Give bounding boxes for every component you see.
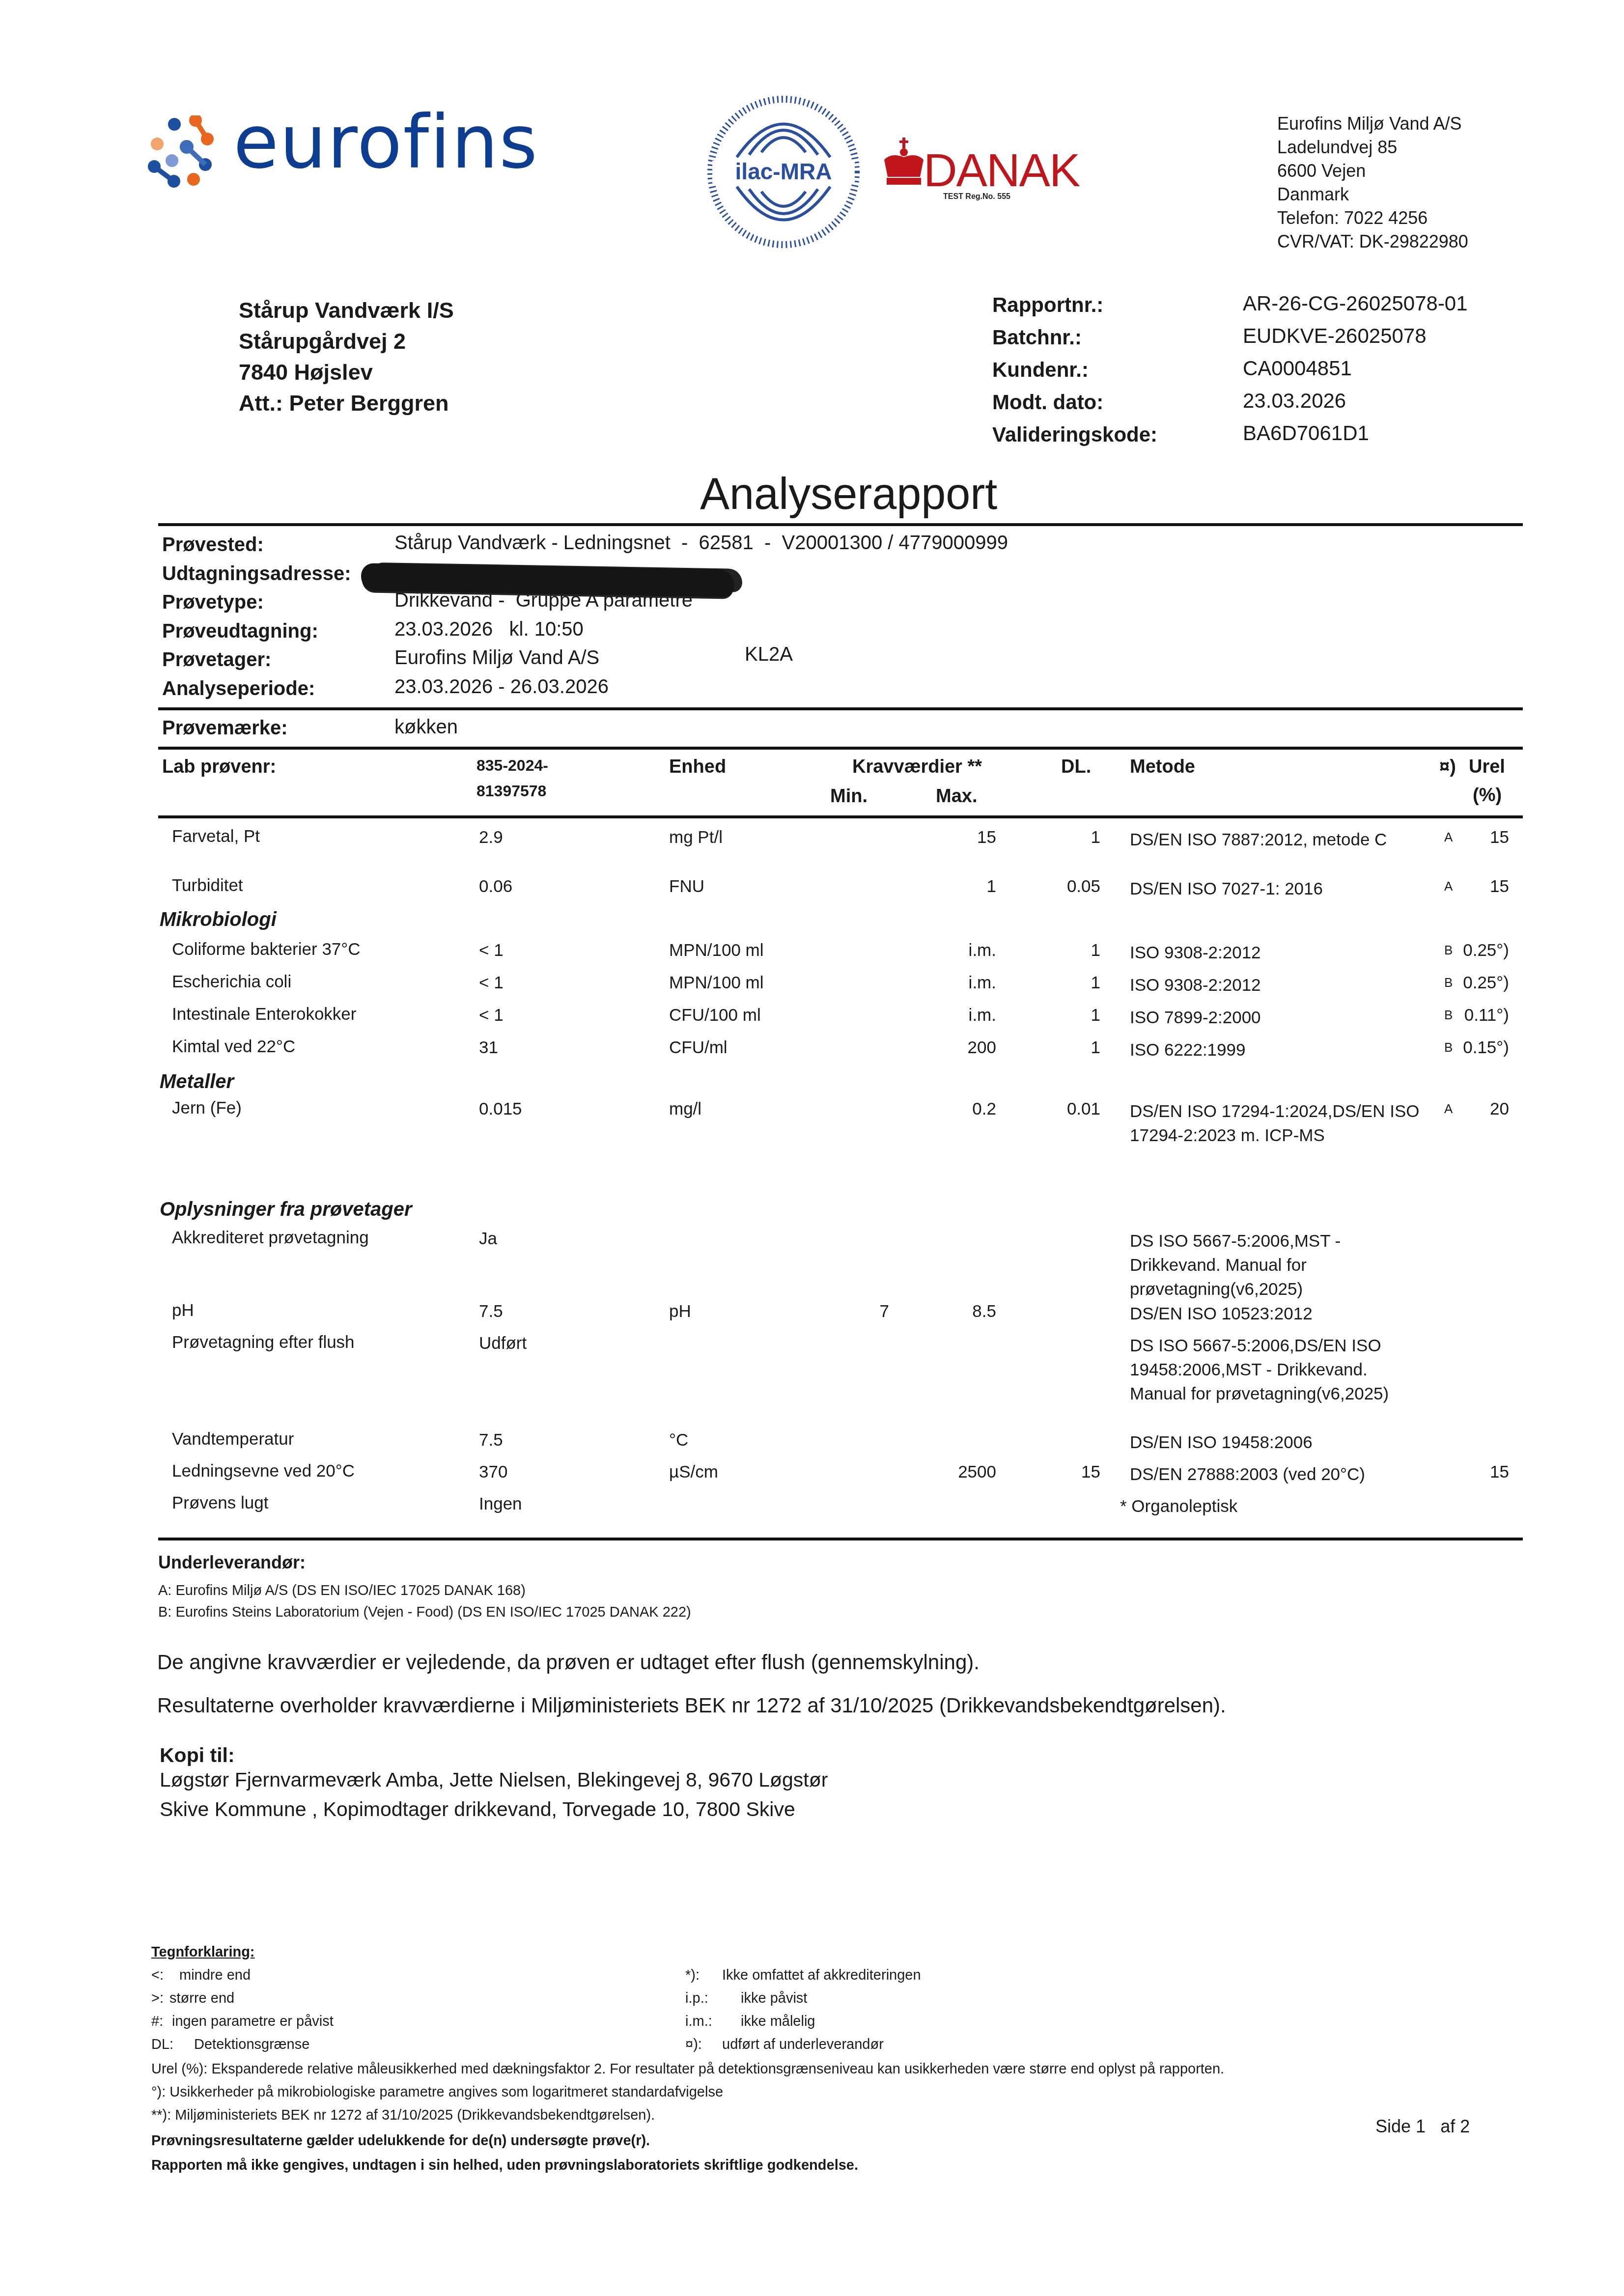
- sampling-datetime: 23.03.2026 kl. 10:50: [394, 615, 1008, 644]
- legend-symbol: DL:: [151, 2037, 173, 2053]
- cell-result: < 1: [479, 941, 504, 960]
- svg-text:ilac-MRA: ilac-MRA: [735, 159, 832, 184]
- legend-symbol: >:: [151, 1990, 164, 2007]
- cell-unit: mg Pt/l: [669, 828, 723, 847]
- cell-result: 2.9: [479, 828, 503, 847]
- cell-result: < 1: [479, 1006, 504, 1025]
- col-header-urel-pct: (%): [1473, 785, 1502, 806]
- footnote-urel: Urel (%): Ekspanderede relative måleusik…: [151, 2061, 1224, 2077]
- meta-label: Rapportnr.:: [992, 289, 1157, 321]
- customer-attention: Att.: Peter Berggren: [239, 388, 454, 419]
- company-vat: CVR/VAT: DK-29822980: [1277, 230, 1468, 253]
- cell-method: DS/EN ISO 10523:2012: [1130, 1302, 1420, 1326]
- legend-symbol: i.p.:: [685, 1990, 708, 2007]
- meta-label: Modt. dato:: [992, 386, 1157, 419]
- disclaimer-reproduction: Rapporten må ikke gengives, undtagen i s…: [151, 2157, 858, 2174]
- legend-title: Tegnforklaring:: [151, 1944, 255, 1960]
- customer-street: Stårupgårdvej 2: [239, 326, 454, 357]
- col-header-dl: DL.: [1061, 756, 1091, 778]
- cell-param: Farvetal, Pt: [172, 827, 260, 846]
- cell-urel: 15: [1362, 1462, 1509, 1482]
- info-label: Prøveudtagning:: [162, 617, 351, 646]
- col-header-urel: Urel: [1469, 756, 1505, 778]
- received-date: 23.03.2026: [1243, 385, 1468, 417]
- eurofins-logo-text: eurofins: [233, 106, 538, 179]
- cell-urel: 15: [1362, 877, 1509, 896]
- cell-unit: mg/l: [669, 1099, 701, 1119]
- cell-param: pH: [172, 1301, 194, 1320]
- cell-param: Prøvens lugt: [172, 1493, 268, 1513]
- cell-urel: 20: [1362, 1099, 1509, 1119]
- disclaimer-results: Prøvningsresultaterne gælder udelukkende…: [151, 2133, 650, 2149]
- cell-unit: µS/cm: [669, 1462, 718, 1482]
- cell-unit: °C: [669, 1430, 688, 1450]
- legend-symbol: #:: [151, 2014, 163, 2030]
- cell-result: 0.015: [479, 1099, 522, 1119]
- report-meta-labels: Rapportnr.: Batchnr.: Kundenr.: Modt. da…: [992, 289, 1157, 451]
- legend-text: Ikke omfattet af akkrediteringen: [722, 1967, 921, 1984]
- info-label: Prøvested:: [162, 531, 351, 560]
- legend-text: ikke målelig: [741, 2014, 815, 2030]
- sample-info-values: Stårup Vandværk - Ledningsnet - 62581 - …: [394, 529, 1008, 701]
- divider: [158, 707, 1523, 710]
- cell-result: Ja: [479, 1229, 497, 1249]
- page-current: 1: [1416, 2116, 1426, 2136]
- legend-symbol: <:: [151, 1967, 164, 1984]
- legend-text: Detektionsgrænse: [194, 2037, 309, 2053]
- legend-symbol: ¤):: [685, 2037, 702, 2053]
- cell-result: 0.06: [479, 877, 512, 896]
- cell-method: DS/EN ISO 19458:2006: [1130, 1430, 1420, 1455]
- cell-param: Turbiditet: [172, 876, 243, 896]
- sample-mark-value: køkken: [394, 716, 458, 738]
- section-title: Mikrobiologi: [160, 909, 277, 931]
- subcontractor-title: Underleverandør:: [158, 1552, 306, 1573]
- cell-unit: FNU: [669, 877, 704, 896]
- page-of-label: af: [1440, 2116, 1455, 2136]
- cell-result: 370: [479, 1462, 507, 1482]
- copy-to-title: Kopi til:: [160, 1744, 235, 1767]
- cell-param: Ledningsevne ved 20°C: [172, 1461, 355, 1481]
- divider: [158, 747, 1523, 750]
- footnote-micro-uncertainty: °): Usikkerheder på mikrobiologiske para…: [151, 2084, 723, 2100]
- col-header-subcontractor: ¤): [1439, 756, 1456, 778]
- cell-param: Intestinale Enterokokker: [172, 1005, 356, 1024]
- page-total: 2: [1460, 2116, 1470, 2136]
- cell-max: 8.5: [849, 1302, 996, 1321]
- cell-unit: CFU/100 ml: [669, 1006, 761, 1025]
- info-label: Prøvetager:: [162, 645, 351, 674]
- col-header-sample-no: 835-2024-: [476, 756, 548, 775]
- divider: [158, 1538, 1523, 1540]
- col-header-min: Min.: [830, 786, 868, 807]
- ilac-mra-logo-icon: ilac-MRA: [707, 96, 860, 248]
- cell-result: 7.5: [479, 1302, 503, 1321]
- sampler-code: KL2A: [745, 644, 793, 666]
- company-country: Danmark: [1277, 183, 1468, 206]
- customer-name: Stårup Vandværk I/S: [239, 295, 454, 326]
- cell-urel: 0.25°): [1362, 941, 1509, 960]
- page-label: Side: [1375, 2116, 1411, 2136]
- page-title: Analyserapport: [700, 469, 997, 520]
- cell-param: Prøvetagning efter flush: [172, 1333, 355, 1352]
- customer-city: 7840 Højslev: [239, 357, 454, 388]
- cell-dl: 1: [953, 973, 1100, 993]
- company-city: 6600 Vejen: [1277, 159, 1468, 183]
- meta-label: Batchnr.:: [992, 321, 1157, 354]
- cell-param: Escherichia coli: [172, 972, 291, 992]
- cell-result: 7.5: [479, 1430, 503, 1450]
- sample-mark-label: Prøvemærke:: [162, 717, 288, 739]
- col-header-unit: Enhed: [669, 756, 726, 778]
- cell-result: 31: [479, 1038, 498, 1058]
- company-phone: Telefon: 7022 4256: [1277, 206, 1468, 230]
- cell-param: Coliforme bakterier 37°C: [172, 940, 361, 959]
- cell-dl: 1: [953, 941, 1100, 960]
- info-label: Udtagningsadresse:: [162, 560, 351, 588]
- eurofins-logo-icon: [147, 115, 231, 189]
- legend-text: ikke påvist: [741, 1990, 807, 2007]
- danak-logo-text: DANAK: [924, 147, 1079, 194]
- legend-text: udført af underleverandør: [722, 2037, 884, 2053]
- section-title: Metaller: [160, 1071, 234, 1093]
- cell-param: Jern (Fe): [172, 1098, 242, 1118]
- company-name: Eurofins Miljø Vand A/S: [1277, 112, 1468, 136]
- lab-company-address: Eurofins Miljø Vand A/S Ladelundvej 85 6…: [1277, 112, 1468, 253]
- cell-dl: 0.01: [953, 1099, 1100, 1119]
- info-label: Analyseperiode:: [162, 674, 351, 703]
- note-guideline: De angivne kravværdier er vejledende, da…: [157, 1651, 980, 1674]
- divider: [158, 815, 1523, 818]
- legend-text: mindre end: [179, 1967, 251, 1984]
- cell-method: * Organoleptisk: [1120, 1494, 1410, 1518]
- note-compliance: Resultaterne overholder kravværdierne i …: [157, 1694, 1226, 1717]
- footnote-regulation: **): Miljøministeriets BEK nr 1272 af 31…: [151, 2107, 655, 2124]
- copy-to-recipient: Løgstør Fjernvarmeværk Amba, Jette Niels…: [160, 1768, 828, 1792]
- cell-unit: CFU/ml: [669, 1038, 728, 1058]
- col-header-limits: Kravværdier **: [852, 756, 982, 778]
- batch-number: EUDKVE-26025078: [1243, 320, 1468, 352]
- cell-method: DS ISO 5667-5:2006,MST - Drikkevand. Man…: [1130, 1229, 1420, 1301]
- cell-dl: 1: [953, 1006, 1100, 1025]
- cell-result: Ingen: [479, 1494, 522, 1514]
- company-street: Ladelundvej 85: [1277, 136, 1468, 159]
- report-number: AR-26-CG-26025078-01: [1243, 287, 1468, 320]
- cell-urel: 0.25°): [1362, 973, 1509, 993]
- sampling-site: Stårup Vandværk - Ledningsnet - 62581 - …: [394, 529, 1008, 558]
- customer-address: Stårup Vandværk I/S Stårupgårdvej 2 7840…: [239, 295, 454, 419]
- cell-urel: 15: [1362, 828, 1509, 847]
- legend-text: ingen parametre er påvist: [172, 2014, 334, 2030]
- info-label: Prøvetype:: [162, 588, 351, 617]
- customer-number: CA0004851: [1243, 352, 1468, 385]
- sample-info-labels: Prøvested: Udtagningsadresse: Prøvetype:…: [162, 531, 351, 703]
- cell-unit: MPN/100 ml: [669, 973, 764, 993]
- subcontractor-a: A: Eurofins Miljø A/S (DS EN ISO/IEC 170…: [158, 1583, 526, 1599]
- cell-unit: MPN/100 ml: [669, 941, 764, 960]
- section-title: Oplysninger fra prøvetager: [160, 1199, 412, 1221]
- legend-symbol: *):: [685, 1967, 700, 1984]
- cell-dl: 1: [953, 1038, 1100, 1058]
- cell-dl: 0.05: [953, 877, 1100, 896]
- legend-symbol: i.m.:: [685, 2014, 712, 2030]
- cell-result: < 1: [479, 973, 504, 993]
- cell-urel: 0.11°): [1362, 1006, 1509, 1025]
- report-meta-values: AR-26-CG-26025078-01 EUDKVE-26025078 CA0…: [1243, 287, 1468, 449]
- subcontractor-b: B: Eurofins Steins Laboratorium (Vejen -…: [158, 1604, 691, 1621]
- col-header-lab: Lab prøvenr:: [162, 756, 276, 778]
- meta-label: Kundenr.:: [992, 354, 1157, 386]
- danak-crown-icon: [882, 138, 926, 187]
- col-header-sample-no-2: 81397578: [476, 782, 546, 800]
- analysis-period: 23.03.2026 - 26.03.2026: [394, 672, 1008, 701]
- copy-to-recipient: Skive Kommune , Kopimodtager drikkevand,…: [160, 1798, 795, 1821]
- cell-result: Udført: [479, 1334, 527, 1353]
- divider: [158, 523, 1523, 526]
- cell-param: Kimtal ved 22°C: [172, 1037, 295, 1057]
- cell-method: DS ISO 5667-5:2006,DS/EN ISO 19458:2006,…: [1130, 1334, 1420, 1406]
- cell-dl: 15: [953, 1462, 1100, 1482]
- cell-urel: 0.15°): [1362, 1038, 1509, 1058]
- col-header-max: Max.: [936, 786, 977, 807]
- col-header-method: Metode: [1130, 756, 1195, 778]
- cell-param: Vandtemperatur: [172, 1429, 294, 1449]
- validation-code: BA6D7061D1: [1243, 417, 1468, 449]
- sampler: Eurofins Miljø Vand A/S: [394, 644, 1008, 672]
- legend-text: større end: [169, 1990, 234, 2007]
- meta-label: Valideringskode:: [992, 419, 1157, 451]
- danak-reg-number: TEST Reg.No. 555: [943, 193, 1010, 201]
- page-number: Side 1 af 2: [1375, 2116, 1470, 2137]
- cell-dl: 1: [953, 828, 1100, 847]
- cell-unit: pH: [669, 1302, 691, 1321]
- cell-param: Akkrediteret prøvetagning: [172, 1228, 369, 1248]
